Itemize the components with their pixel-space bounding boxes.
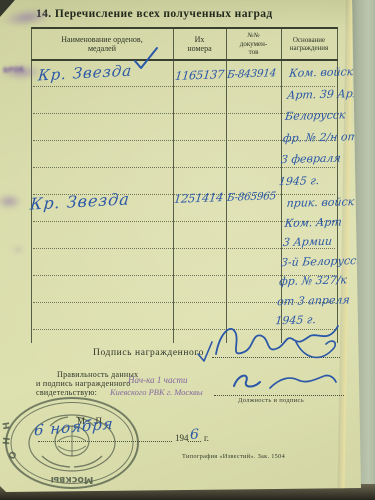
stamp-ring-bottom-word: Москвы [51,474,94,485]
year-dotted-line [188,441,201,442]
purple-smudge-left-3 [12,245,24,254]
awardee-signature [192,314,342,366]
photo-of-award-record: 14. Перечисление всех полученных наград … [0,0,375,500]
signature-label: Подпись награжденного [93,348,204,358]
stamp-ring-letter: Н [2,421,13,430]
checkmark-ink [133,46,159,72]
purple-smudge-left-2 [0,194,22,209]
table-vline-1 [173,27,174,343]
date-dotted-line [38,441,172,442]
document-paper: 14. Перечисление всех полученных наград … [0,0,375,500]
award-number-entry2: 1251414 [173,190,224,206]
award-number-entry1: 1165137 [174,67,225,83]
column-header-document: №№ докумен- тов [227,29,280,59]
award-basis-entry1: Ком. войск. Арт. 39 Арм Белорусск фр. № … [278,61,365,192]
year-printed: 194 [175,433,189,443]
document-number-entry1: Б-843914 [226,67,276,81]
section-title: 14. Перечисление всех полученных наград [36,8,273,20]
purple-smudge-top-left [1,6,53,30]
document-number-entry2: Б-865965 [226,190,276,204]
award-basis-entry2: прик. войск Ком. Арт 3 Армии 3-й Белорус… [274,192,369,331]
table-header-border [31,59,338,61]
column-header-basis: Основание награждения [282,29,336,59]
purple-mark-text: ВРОЕ [3,65,25,74]
column-header-number: Их номера [174,29,225,59]
stamp-ring-letter: Н [2,437,13,446]
position-label: Должность и подпись [238,397,304,404]
award-name-entry1: Кр. Звезда [37,61,133,84]
year-suffix: г. [204,433,209,443]
award-name-entry2: Кр. Звезда [29,189,130,213]
official-signature [226,366,341,398]
print-shop-credit: Типография «Известий». Зак. 1504 [182,453,285,460]
